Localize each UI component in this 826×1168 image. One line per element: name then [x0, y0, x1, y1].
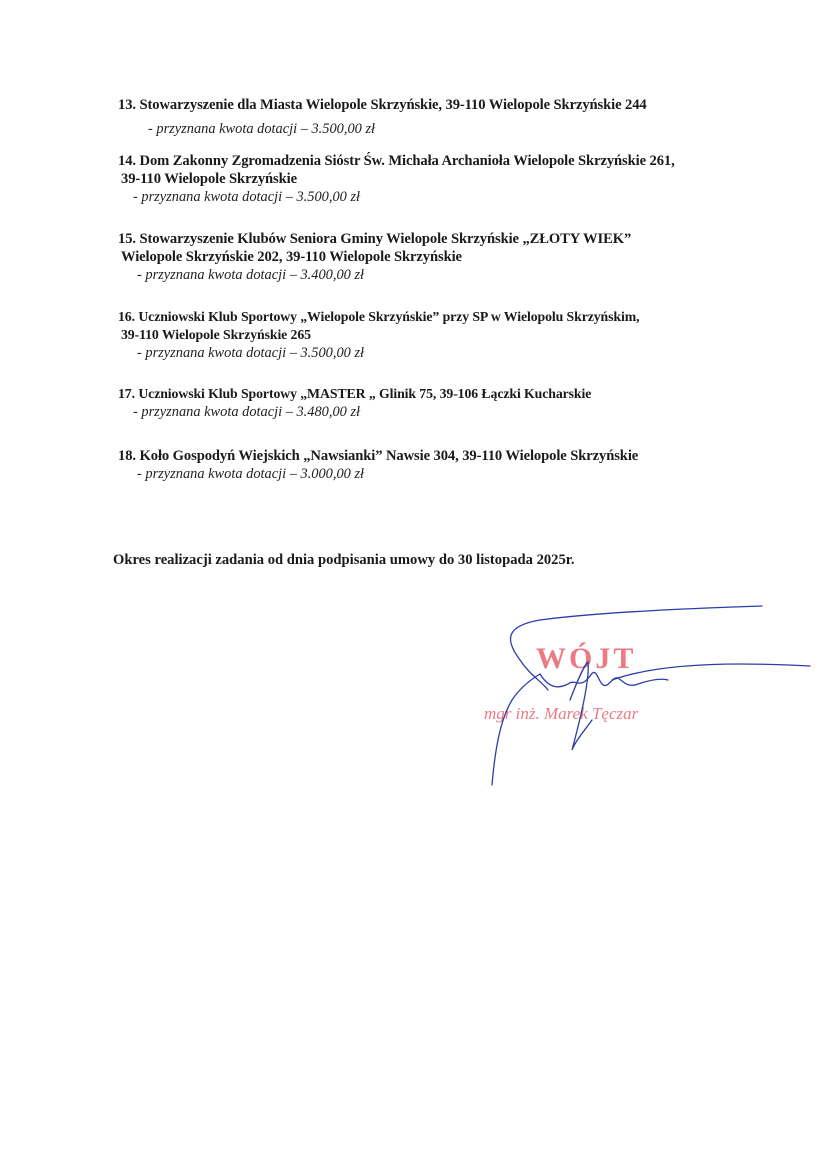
signature [0, 0, 826, 1168]
